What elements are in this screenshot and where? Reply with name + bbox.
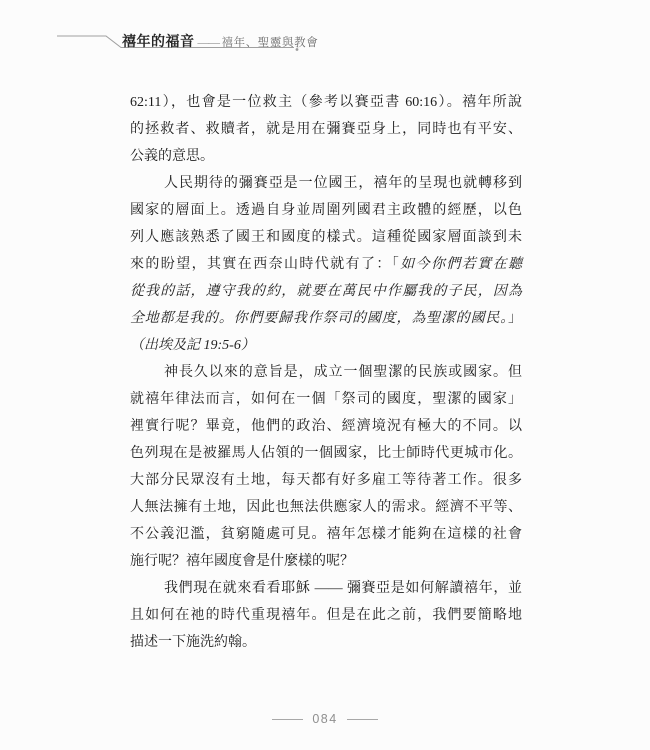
running-head: 禧年的福音 —— 禧年、聖靈與教會 [122, 31, 318, 51]
body-text-segment: 就禧年律法而言，如何在一個「祭司的國度，聖潔的國家」 [130, 392, 522, 407]
body-text-segment: 我們現在就來看看耶穌 —— 彌賽亞是如何解讀禧年，並 [164, 581, 522, 596]
page-number: 084 [312, 712, 337, 726]
book-title: 禧年的福音 [122, 31, 195, 51]
text-line: 人民期待的彌賽亞是一位國王，禧年的呈現也就轉移到 [130, 170, 522, 197]
scripture-quote-segment: 如今你們若實在聽 [400, 257, 522, 272]
text-line: 我們現在就來看看耶穌 —— 彌賽亞是如何解讀禧年，並 [130, 575, 522, 602]
text-line: 色列現在是被羅馬人佔領的一個國家，比士師時代更城市化。 [130, 440, 522, 467]
text-line: 的拯救者、救贖者，就是用在彌賽亞身上，同時也有平安、 [130, 116, 522, 143]
text-line: 且如何在祂的時代重現禧年。但是在此之前，我們要簡略地 [130, 602, 522, 629]
text-line: （出埃及記 19:5-6） [130, 332, 522, 359]
body-text-segment: 人無法擁有土地，因此也無法供應家人的需求。經濟不平等、 [130, 500, 522, 515]
text-line: 公義的意思。 [130, 143, 522, 170]
body-text-segment: 且如何在祂的時代重現禧年。但是在此之前，我們要簡略地 [130, 608, 522, 623]
body-text-segment: 的拯救者、救贖者，就是用在彌賽亞身上，同時也有平安、 [130, 122, 522, 137]
header-rule-line [0, 0, 650, 60]
body-text-segment: 描述一下施洗約翰。 [130, 635, 256, 650]
footer-dash-left [272, 719, 303, 720]
text-line: 施行呢？禧年國度會是什麼樣的呢？ [130, 548, 522, 575]
scripture-quote-segment: 從我的話，遵守我的約，就要在萬民中作屬我的子民，因為 [130, 284, 522, 299]
body-text-segment: 列人應該熟悉了國王和國度的樣式。這種從國家層面談到未 [130, 230, 522, 245]
text-line: 62:11），也會是一位救主（參考以賽亞書 60:16）。禧年所說 [130, 89, 522, 116]
text-line: 神長久以來的意旨是，成立一個聖潔的民族或國家。但 [130, 359, 522, 386]
body-text-segment: 施行呢？禧年國度會是什麼樣的呢？ [130, 554, 354, 569]
body-text-segment: 公義的意思。 [130, 149, 214, 164]
body-text-segment: 」 [508, 311, 522, 326]
body-text-segment: 來的盼望，其實在西奈山時代就有了：「 [130, 257, 400, 272]
body-text-segment: 人民期待的彌賽亞是一位國王，禧年的呈現也就轉移到 [164, 176, 522, 191]
text-line: 國家的層面上。透過自身並周圍列國君主政體的經歷，以色 [130, 197, 522, 224]
book-subtitle: 禧年、聖靈與教會 [222, 34, 319, 50]
text-line: 大部分民眾沒有土地，每天都有好多雇工等待著工作。很多 [130, 467, 522, 494]
text-line: 裡實行呢？畢竟，他們的政治、經濟境況有極大的不同。以 [130, 413, 522, 440]
body-text-segment: 大部分民眾沒有土地，每天都有好多雇工等待著工作。很多 [130, 473, 522, 488]
text-line: 描述一下施洗約翰。 [130, 629, 522, 656]
book-page: 禧年的福音 —— 禧年、聖靈與教會 62:11），也會是一位救主（參考以賽亞書 … [0, 0, 650, 750]
body-text-segment: 國家的層面上。透過自身並周圍列國君主政體的經歷，以色 [130, 203, 522, 218]
text-line: 人無法擁有土地，因此也無法供應家人的需求。經濟不平等、 [130, 494, 522, 521]
page-footer: 084 [0, 712, 650, 726]
title-separator-dash: —— [198, 35, 219, 50]
scripture-quote-segment: （出埃及記 19:5-6） [130, 338, 255, 353]
text-line: 從我的話，遵守我的約，就要在萬民中作屬我的子民，因為 [130, 278, 522, 305]
text-line: 不公義氾濫，貧窮隨處可見。禧年怎樣才能夠在這樣的社會 [130, 521, 522, 548]
body-text-segment: 色列現在是被羅馬人佔領的一個國家，比士師時代更城市化。 [130, 446, 522, 461]
body-text-segment: 神長久以來的意旨是，成立一個聖潔的民族或國家。但 [164, 365, 522, 380]
body-text: 62:11），也會是一位救主（參考以賽亞書 60:16）。禧年所說的拯救者、救贖… [130, 89, 522, 656]
scripture-quote-segment: 全地都是我的。你們要歸我作祭司的國度，為聖潔的國民。 [130, 311, 508, 326]
body-text-segment: 裡實行呢？畢竟，他們的政治、經濟境況有極大的不同。以 [130, 419, 522, 434]
text-line: 就禧年律法而言，如何在一個「祭司的國度，聖潔的國家」 [130, 386, 522, 413]
footer-dash-right [347, 719, 378, 720]
text-line: 列人應該熟悉了國王和國度的樣式。這種從國家層面談到未 [130, 224, 522, 251]
text-line: 來的盼望，其實在西奈山時代就有了：「如今你們若實在聽 [130, 251, 522, 278]
body-text-segment: 不公義氾濫，貧窮隨處可見。禧年怎樣才能夠在這樣的社會 [130, 527, 522, 542]
text-line: 全地都是我的。你們要歸我作祭司的國度，為聖潔的國民。」 [130, 305, 522, 332]
body-text-segment: 62:11），也會是一位救主（參考以賽亞書 60:16）。禧年所說 [130, 95, 522, 110]
